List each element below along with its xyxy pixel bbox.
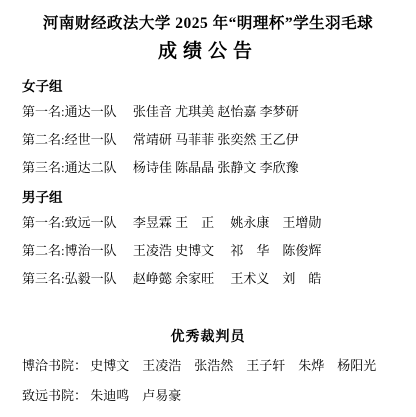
womens-result-row-third: 第三名:通达二队 杨诗佳 陈晶晶 张静文 李欣豫 [22, 157, 299, 176]
womens-result-row-first: 第一名:通达一队 张佳音 尤琪美 赵怡嘉 李梦研 [22, 101, 299, 120]
referees-section-heading: 优秀裁判员 [0, 326, 416, 346]
womens-group-heading: 女子组 [22, 75, 63, 95]
referee-row-boqia-academy: 博洽书院： 史博文 王凌浩 张浩然 王子轩 朱烨 杨阳光 [22, 355, 376, 374]
mens-result-row-third: 第三名:弘毅一队 赵峥懿 余家旺 王术义 刘 皓 [22, 268, 321, 287]
mens-group-heading: 男子组 [22, 186, 63, 206]
referee-row-zhiyuan-academy: 致远书院： 朱迪鸣 卢易豪 [22, 385, 181, 404]
document-title-line2: 成绩公告 [0, 36, 416, 63]
document-title-line1: 河南财经政法大学 2025 年“明理杯”学生羽毛球 [0, 11, 416, 33]
mens-result-row-second: 第二名:博治一队 王凌浩 史博文 祁 华 陈俊辉 [22, 240, 321, 259]
results-announcement-document: 河南财经政法大学 2025 年“明理杯”学生羽毛球 成绩公告 女子组 第一名:通… [0, 0, 416, 417]
womens-result-row-second: 第二名:经世一队 常靖研 马菲菲 张奕然 王乙伊 [22, 129, 299, 148]
mens-result-row-first: 第一名:致远一队 李昱霖 王 正 姚永康 王增勋 [22, 212, 321, 231]
